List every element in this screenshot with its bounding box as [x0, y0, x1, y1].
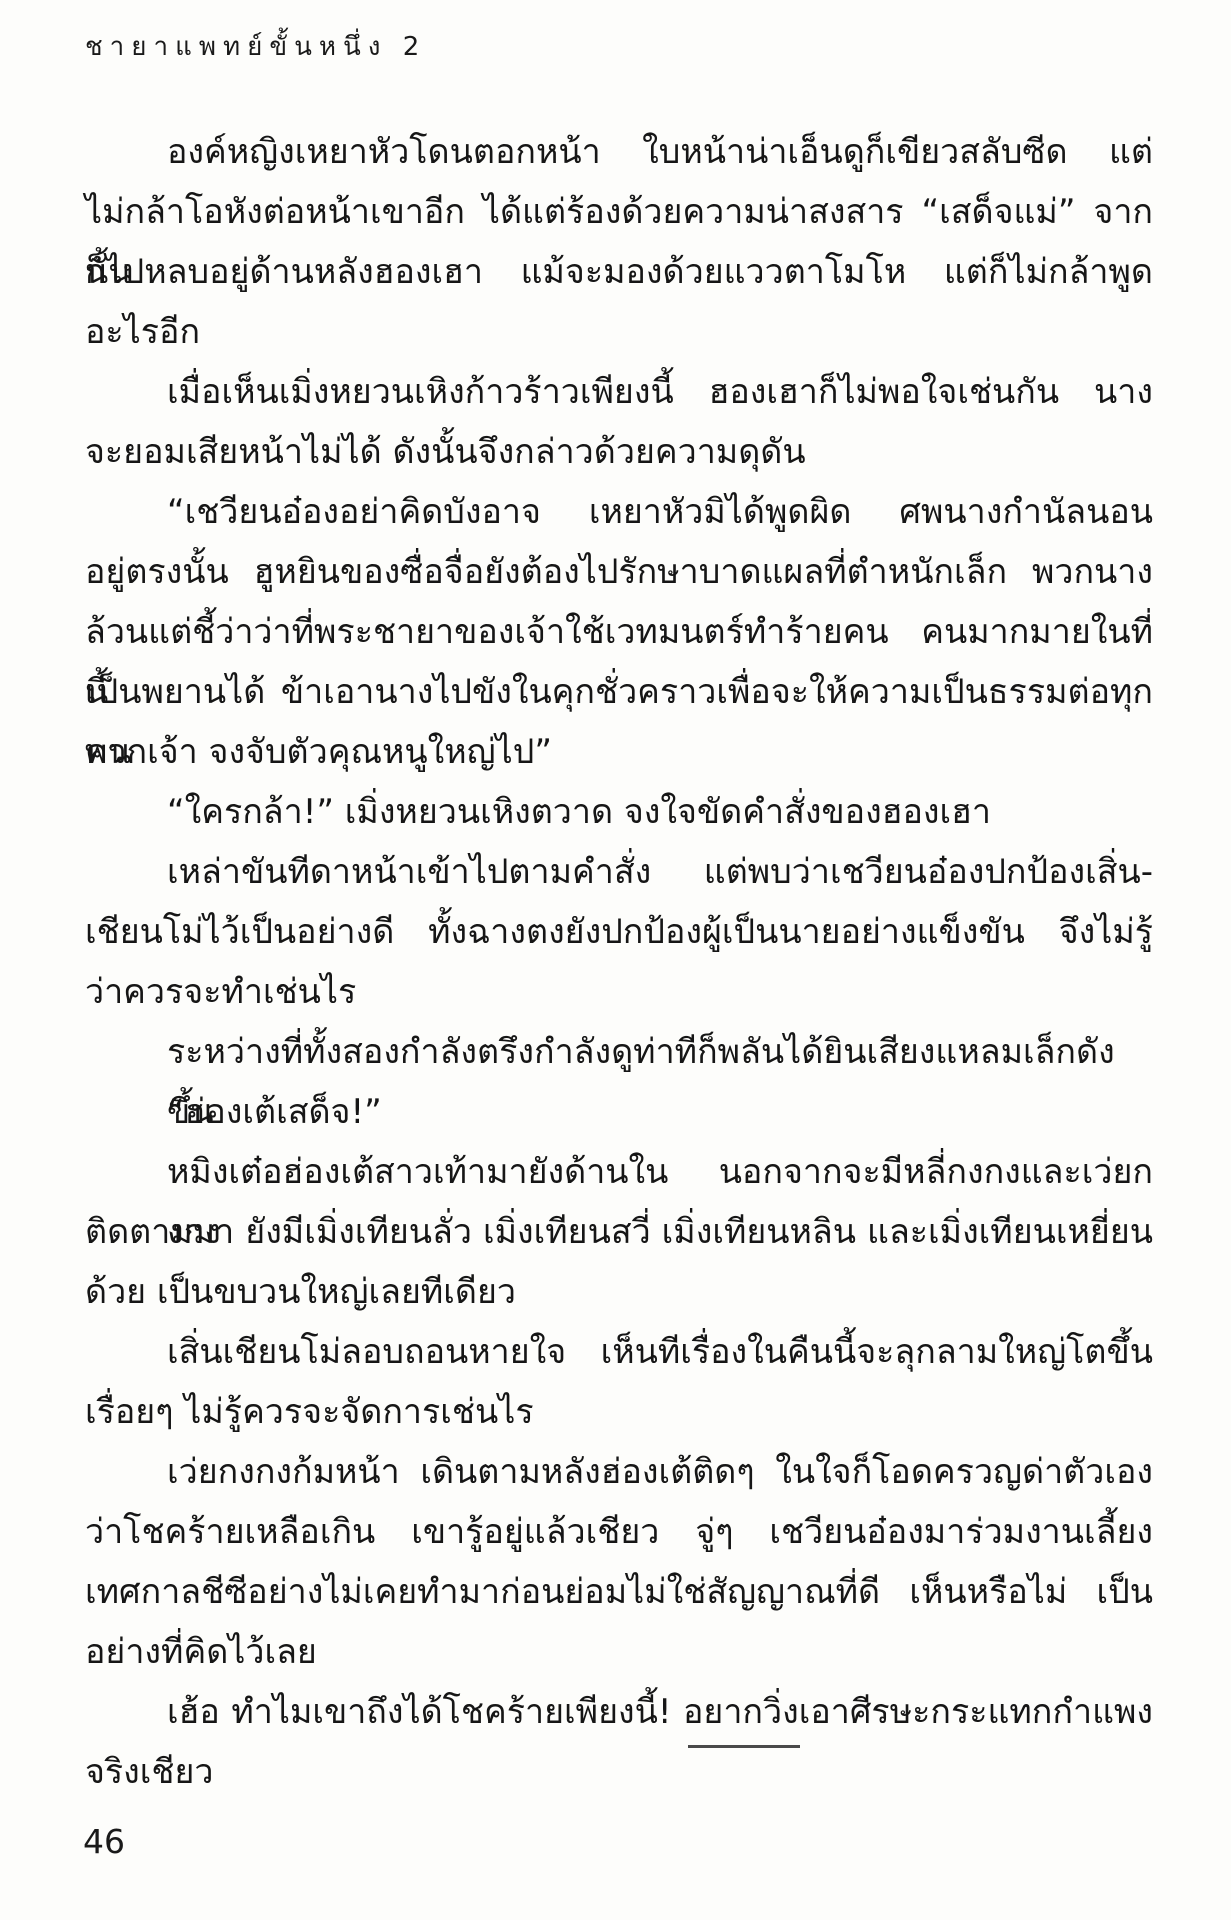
- body-line: เฮ้อ ทำไมเขาถึงได้โชคร้ายเพียงนี้! อยากว…: [85, 1682, 1153, 1742]
- scan-artifact-strike: [688, 1745, 800, 1748]
- body-line: ระหว่างที่ทั้งสองกำลังตรึงกำลังดูท่าทีก็…: [85, 1022, 1153, 1082]
- page-number: 46: [83, 1822, 125, 1861]
- body-line: เชียนโม่ไว้เป็นอย่างดี ทั้งฉางตงยังปกป้อ…: [85, 902, 1153, 962]
- body-line: อยู่ตรงนั้น ฮูหยินของซื่อจื่อยังต้องไปรั…: [85, 542, 1153, 602]
- body-line: จริงเชียว: [85, 1742, 1153, 1802]
- body-line: ติดตามมา ยังมีเมิ่งเทียนลั่ว เมิ่งเทียนส…: [85, 1202, 1153, 1262]
- body-line: ด้วย เป็นขบวนใหญ่เลยทีเดียว: [85, 1262, 1153, 1322]
- body-line: เรื่อยๆ ไม่รู้ควรจะจัดการเช่นไร: [85, 1382, 1153, 1442]
- body-text-block: องค์หญิงเหยาหัวโดนตอกหน้า ใบหน้าน่าเอ็นด…: [85, 122, 1153, 1802]
- book-page: ชายาแพทย์ขั้นหนึ่ง 2 องค์หญิงเหยาหัวโดนต…: [0, 0, 1231, 1920]
- running-header-title: ชายาแพทย์ขั้นหนึ่ง 2: [85, 26, 426, 67]
- body-line: ล้วนแต่ชี้ว่าว่าที่พระชายาของเจ้าใช้เวทม…: [85, 602, 1153, 662]
- body-line: ไม่กล้าโอหังต่อหน้าเขาอีก ได้แต่ร้องด้วย…: [85, 182, 1153, 242]
- body-line: ว่าโชคร้ายเหลือเกิน เขารู้อยู่แล้วเชียว …: [85, 1502, 1153, 1562]
- body-line: “เชวียนอ๋องอย่าคิดบังอาจ เหยาหัวมิได้พูด…: [85, 482, 1153, 542]
- body-line: หมิงเต๋อฮ่องเต้สาวเท้ามายังด้านใน นอกจาก…: [85, 1142, 1153, 1202]
- body-line: เสิ่นเชียนโม่ลอบถอนหายใจ เห็นทีเรื่องในค…: [85, 1322, 1153, 1382]
- body-line: “ฮ่องเต้เสด็จ!”: [85, 1082, 1153, 1142]
- body-line: จะยอมเสียหน้าไม่ได้ ดังนั้นจึงกล่าวด้วยค…: [85, 422, 1153, 482]
- body-line: “ใครกล้า!” เมิ่งหยวนเหิงตวาด จงใจขัดคำสั…: [85, 782, 1153, 842]
- body-line: ว่าควรจะทำเช่นไร: [85, 962, 1153, 1022]
- body-line: เทศกาลชีซีอย่างไม่เคยทำมาก่อนย่อมไม่ใช่ส…: [85, 1562, 1153, 1622]
- body-line: พวกเจ้า จงจับตัวคุณหนูใหญ่ไป”: [85, 722, 1153, 782]
- body-line: องค์หญิงเหยาหัวโดนตอกหน้า ใบหน้าน่าเอ็นด…: [85, 122, 1153, 182]
- body-line: เป็นพยานได้ ข้าเอานางไปขังในคุกชั่วคราวเ…: [85, 662, 1153, 722]
- body-line: เหล่าขันทีดาหน้าเข้าไปตามคำสั่ง แต่พบว่า…: [85, 842, 1153, 902]
- body-line: ก็ไปหลบอยู่ด้านหลังฮองเฮา แม้จะมองด้วยแว…: [85, 242, 1153, 302]
- body-line: อย่างที่คิดไว้เลย: [85, 1622, 1153, 1682]
- body-line: เว่ยกงกงก้มหน้า เดินตามหลังฮ่องเต้ติดๆ ใ…: [85, 1442, 1153, 1502]
- body-line: เมื่อเห็นเมิ่งหยวนเหิงก้าวร้าวเพียงนี้ ฮ…: [85, 362, 1153, 422]
- body-line: อะไรอีก: [85, 302, 1153, 362]
